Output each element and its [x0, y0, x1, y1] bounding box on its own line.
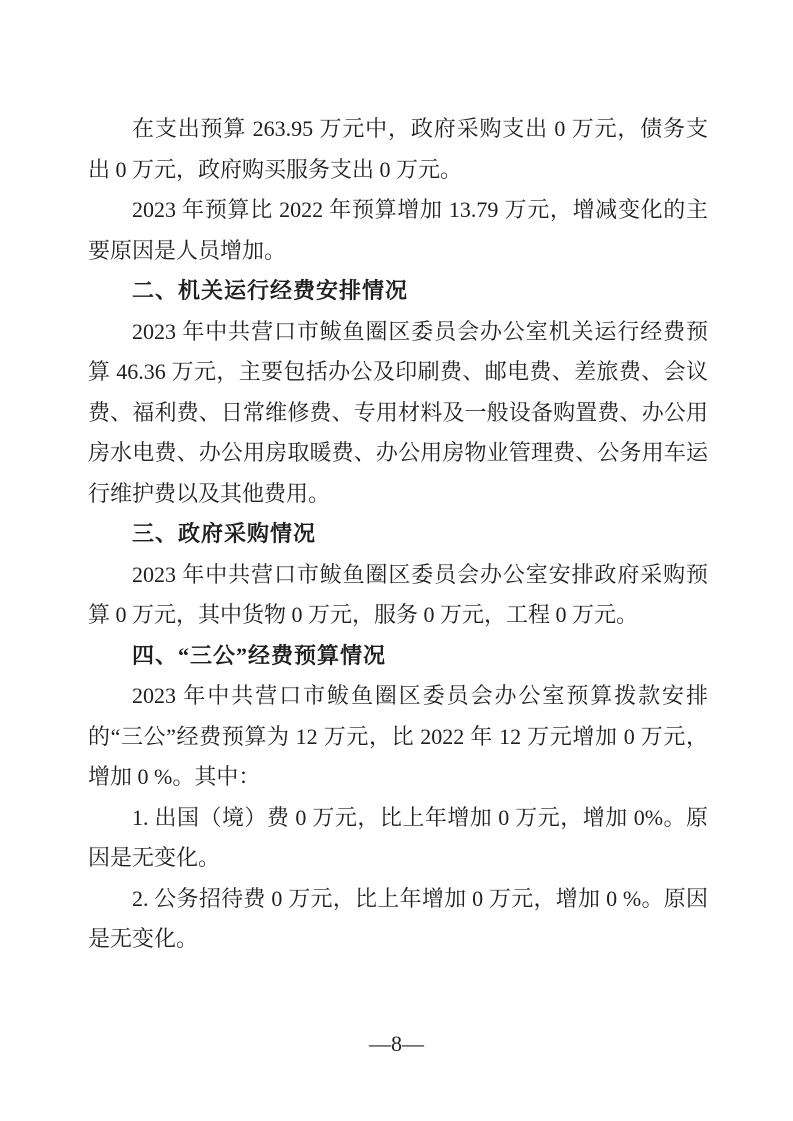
- document-page: 在支出预算 263.95 万元中，政府采购支出 0 万元，债务支出 0 万元，政…: [0, 0, 793, 1121]
- heading-section-3-government-procurement: 三、政府采购情况: [88, 514, 708, 555]
- para-government-procurement-detail: 2023 年中共营口市鲅鱼圈区委员会办公室安排政府采购预算 0 万元，其中货物 …: [88, 555, 708, 636]
- para-three-public-funds-budget: 2023 年中共营口市鲅鱼圈区委员会办公室预算拨款安排的“三公”经费预算为 12…: [88, 676, 708, 798]
- para-operating-expenses-detail: 2023 年中共营口市鲅鱼圈区委员会办公室机关运行经费预算 46.36 万元，主…: [88, 312, 708, 515]
- heading-section-2-operating-expenses: 二、机关运行经费安排情况: [88, 271, 708, 312]
- para-overseas-trip-expense: 1. 出国（境）费 0 万元，比上年增加 0 万元，增加 0%。原因是无变化。: [88, 798, 708, 879]
- para-procurement-expenditure: 在支出预算 263.95 万元中，政府采购支出 0 万元，债务支出 0 万元，政…: [88, 109, 708, 190]
- heading-section-4-three-public-funds: 四、“三公”经费预算情况: [88, 636, 708, 677]
- document-body: 在支出预算 263.95 万元中，政府采购支出 0 万元，债务支出 0 万元，政…: [88, 109, 708, 960]
- para-official-reception-expense: 2. 公务招待费 0 万元，比上年增加 0 万元，增加 0 %。原因是无变化。: [88, 879, 708, 960]
- page-number: —8—: [369, 1031, 424, 1056]
- para-budget-change-reason: 2023 年预算比 2022 年预算增加 13.79 万元，增减变化的主要原因是…: [88, 190, 708, 271]
- page-footer: —8—: [0, 1031, 793, 1057]
